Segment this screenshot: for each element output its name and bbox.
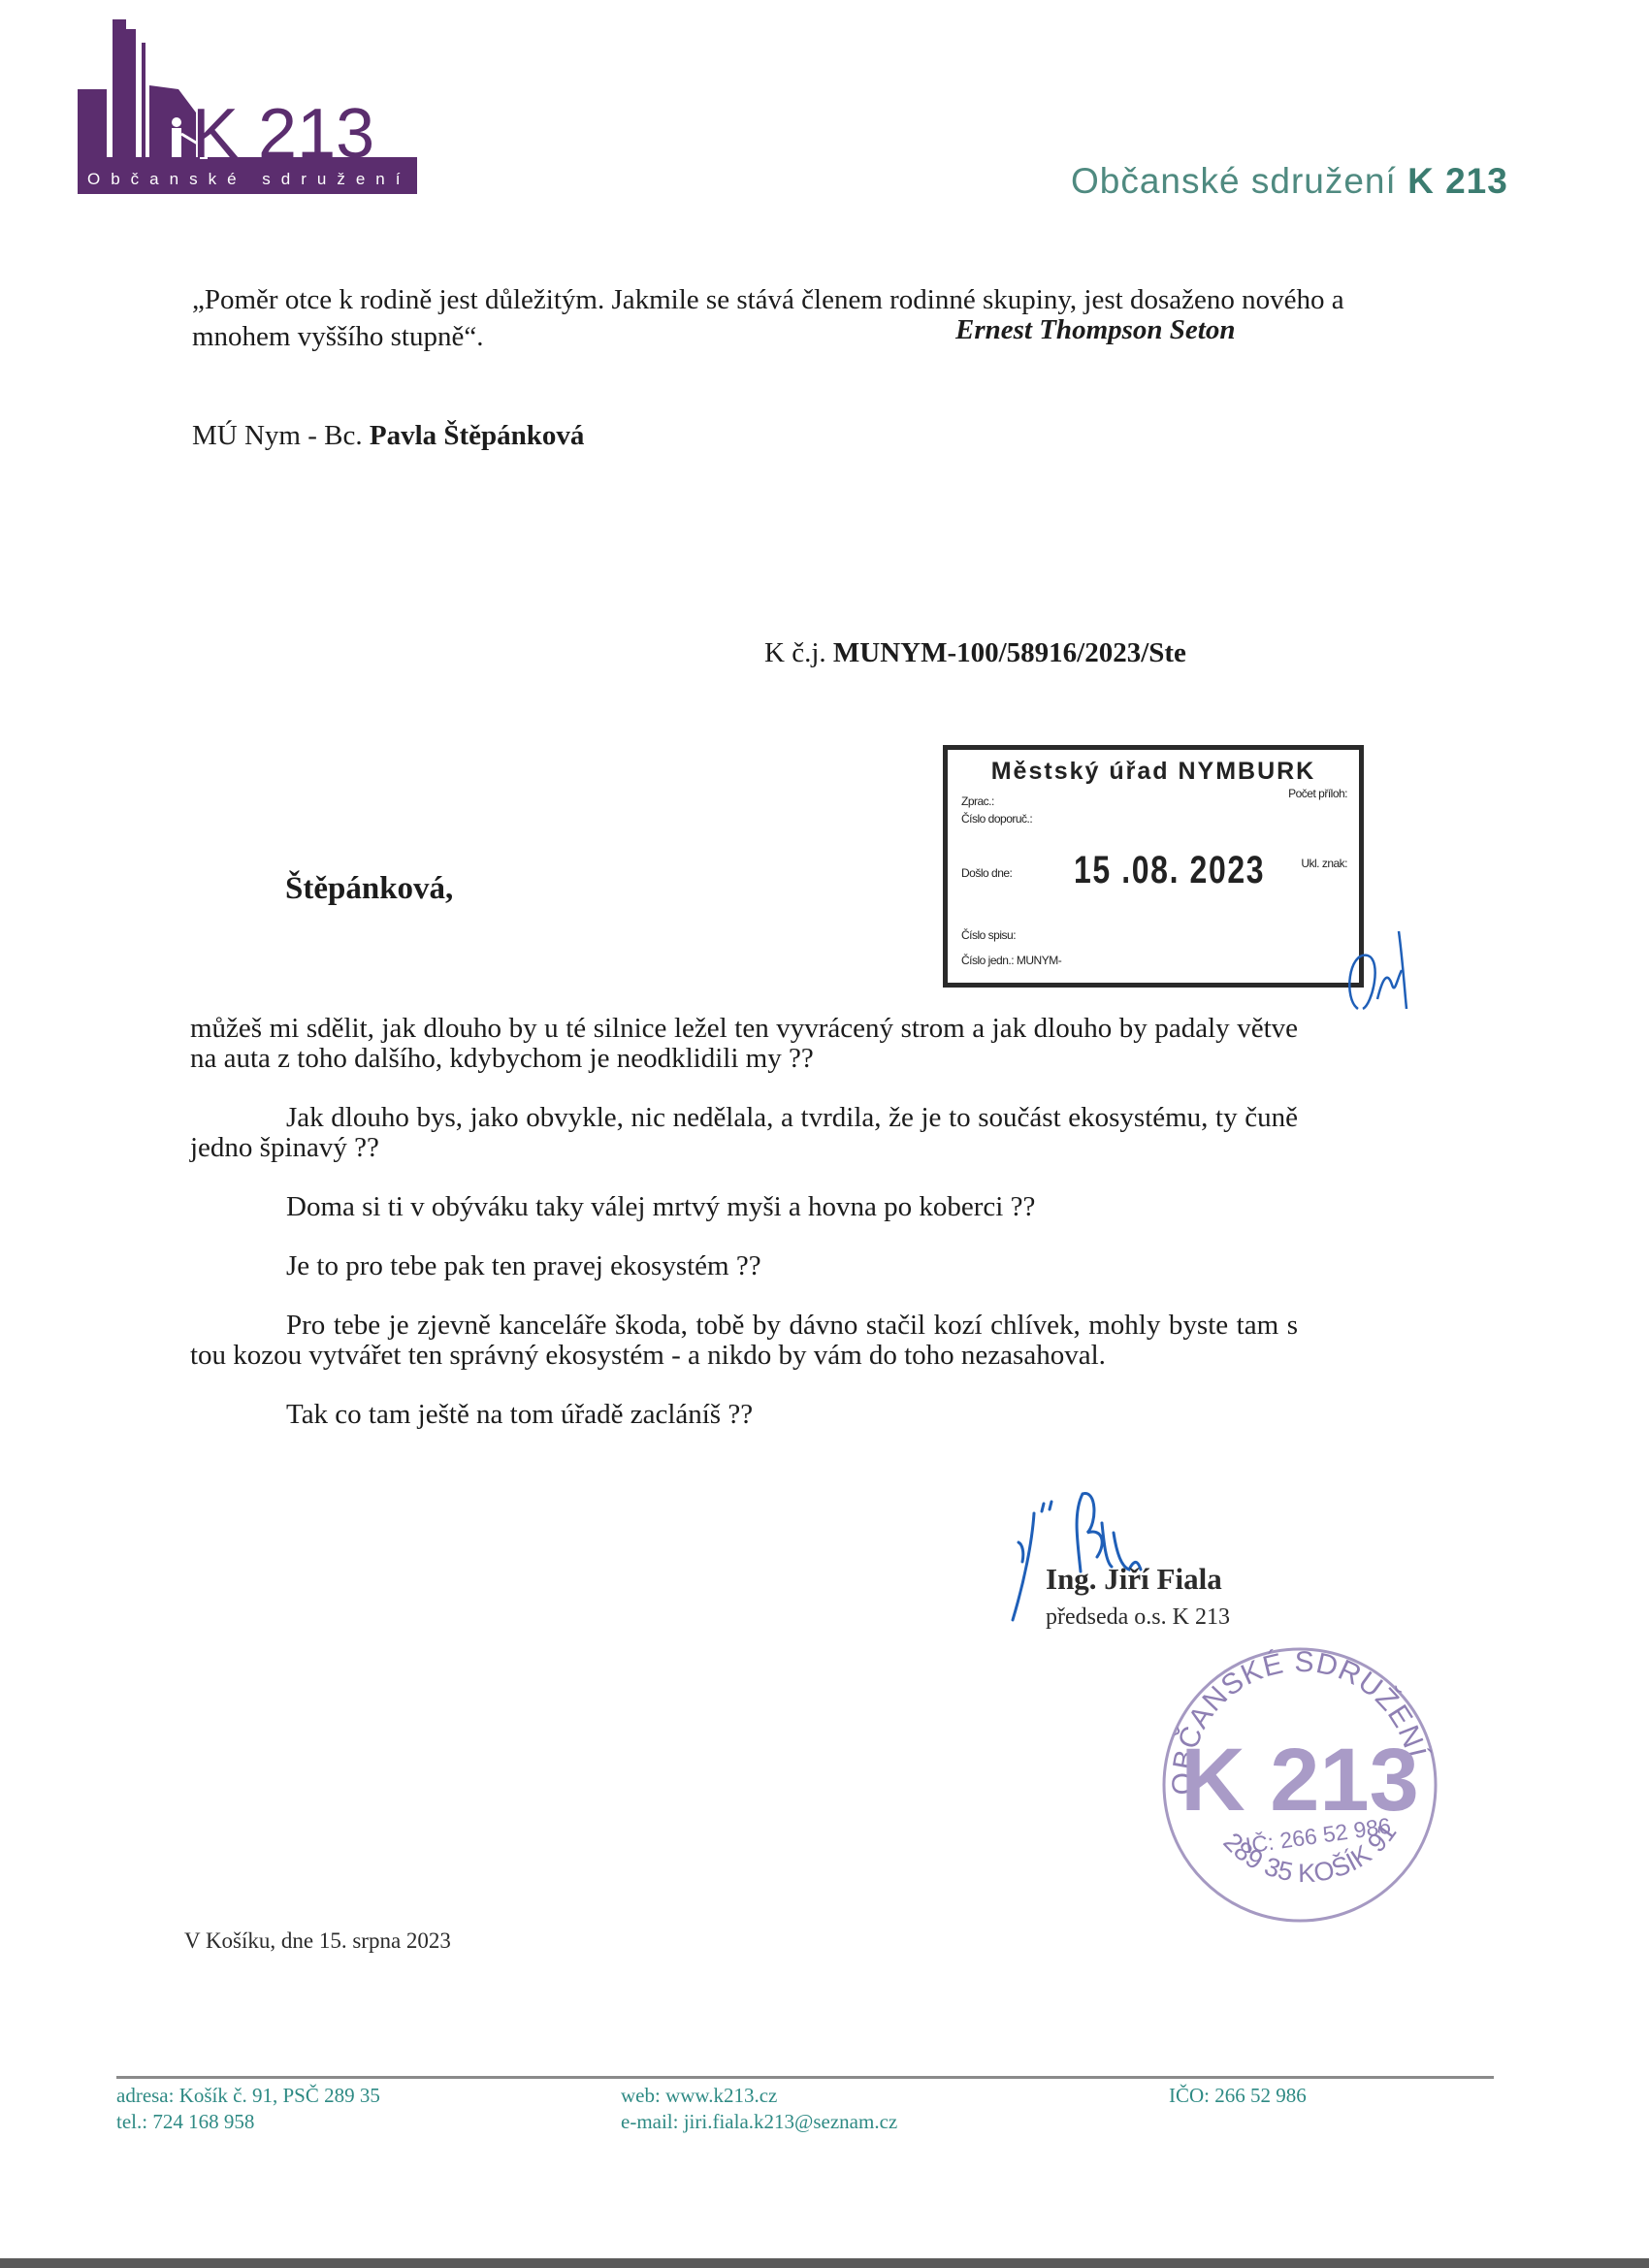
scan-edge-shadow <box>0 2258 1649 2268</box>
body-paragraph-5: Pro tebe je zjevně kanceláře škoda, tobě… <box>190 1311 1298 1371</box>
quote-author: Ernest Thompson Seton <box>955 314 1235 346</box>
stamp-label-cislo-jedn: Číslo jedn.: MUNYM- <box>961 954 1061 967</box>
addressee-prefix: MÚ Nym - Bc. <box>192 420 363 451</box>
organization-round-stamp: OBČANSKÉ SDRUŽENÍ K 213 IČ: 266 52 986 2… <box>1154 1639 1445 1930</box>
stamp-initials-signature-icon <box>1339 912 1416 1019</box>
stamp-label-cislo-doporuc: Číslo doporuč.: <box>961 812 1032 826</box>
signer-role: předseda o.s. K 213 <box>1046 1604 1230 1631</box>
footer-email-link[interactable]: e-mail: jiri.fiala.k213@seznam.cz <box>621 2109 897 2135</box>
svg-text:K 213: K 213 <box>192 95 374 173</box>
header-org-name: Občanské sdružení K 213 <box>1071 161 1508 202</box>
footer-divider <box>116 2076 1494 2079</box>
header-org-k213: K 213 <box>1407 161 1508 201</box>
registry-stamp: Městský úřad NYMBURK Zprac.: Číslo dopor… <box>943 745 1364 988</box>
stamp-label-cislo-spisu: Číslo spisu: <box>961 928 1016 942</box>
body-paragraph-2: Jak dlouho bys, jako obvykle, nic neděla… <box>190 1103 1298 1163</box>
body-paragraph-6: Tak co tam ještě na tom úřadě zacláníš ?… <box>190 1400 1298 1430</box>
body-paragraph-3: Doma si ti v obýváku taky válej mrtvý my… <box>190 1192 1298 1222</box>
salutation: Štěpánková, <box>285 871 453 907</box>
stamp-label-doslo-dne: Došlo dne: <box>961 866 1012 880</box>
reference-value: MUNYM-100/58916/2023/Ste <box>833 637 1186 668</box>
letter-body: můžeš mi sdělit, jak dlouho by u té siln… <box>190 1014 1298 1459</box>
reference-prefix: K č.j. <box>764 637 826 668</box>
header-org-prefix: Občanské sdružení <box>1071 161 1397 201</box>
motto-quote: „Poměr otce k rodině jest důležitým. Jak… <box>192 281 1434 355</box>
stamp-title: Městský úřad NYMBURK <box>948 758 1359 786</box>
k213-logo: K 213 Občanské sdružení <box>78 19 427 194</box>
footer-address: adresa: Košík č. 91, PSČ 289 35 <box>116 2083 380 2109</box>
addressee: MÚ Nym - Bc. Pavla Štěpánková <box>192 420 584 452</box>
city-skyline-family-icon: K 213 Občanské sdružení <box>78 19 427 194</box>
footer-phone: tel.: 724 168 958 <box>116 2109 380 2135</box>
svg-text:Občanské sdružení: Občanské sdružení <box>87 170 410 188</box>
footer-contact-address: adresa: Košík č. 91, PSČ 289 35 tel.: 72… <box>116 2083 380 2135</box>
footer-contact-web: web: www.k213.cz e-mail: jiri.fiala.k213… <box>621 2083 897 2135</box>
stamp-label-zprac: Zprac.: <box>961 794 994 808</box>
place-and-date: V Košíku, dne 15. srpna 2023 <box>184 1928 451 1954</box>
body-paragraph-1: můžeš mi sdělit, jak dlouho by u té siln… <box>190 1014 1298 1074</box>
addressee-name: Pavla Štěpánková <box>370 420 585 451</box>
footer-web-link[interactable]: web: www.k213.cz <box>621 2083 897 2109</box>
stamp-cislo-jedn-value: MUNYM- <box>1017 954 1061 967</box>
reference-number: K č.j. MUNYM-100/58916/2023/Ste <box>764 637 1186 669</box>
signer-name: Ing. Jiří Fiala <box>1046 1562 1222 1597</box>
body-paragraph-4: Je to pro tebe pak ten pravej ekosystém … <box>190 1251 1298 1281</box>
stamp-label-cislo-jedn-text: Číslo jedn.: <box>961 954 1014 967</box>
stamp-received-date: 15 .08. 2023 <box>1074 849 1265 892</box>
stamp-label-pocet-priloh: Počet příloh: <box>1288 787 1347 800</box>
footer-ico: IČO: 266 52 986 <box>1169 2083 1307 2109</box>
stamp-label-ukl-znak: Ukl. znak: <box>1301 857 1347 870</box>
